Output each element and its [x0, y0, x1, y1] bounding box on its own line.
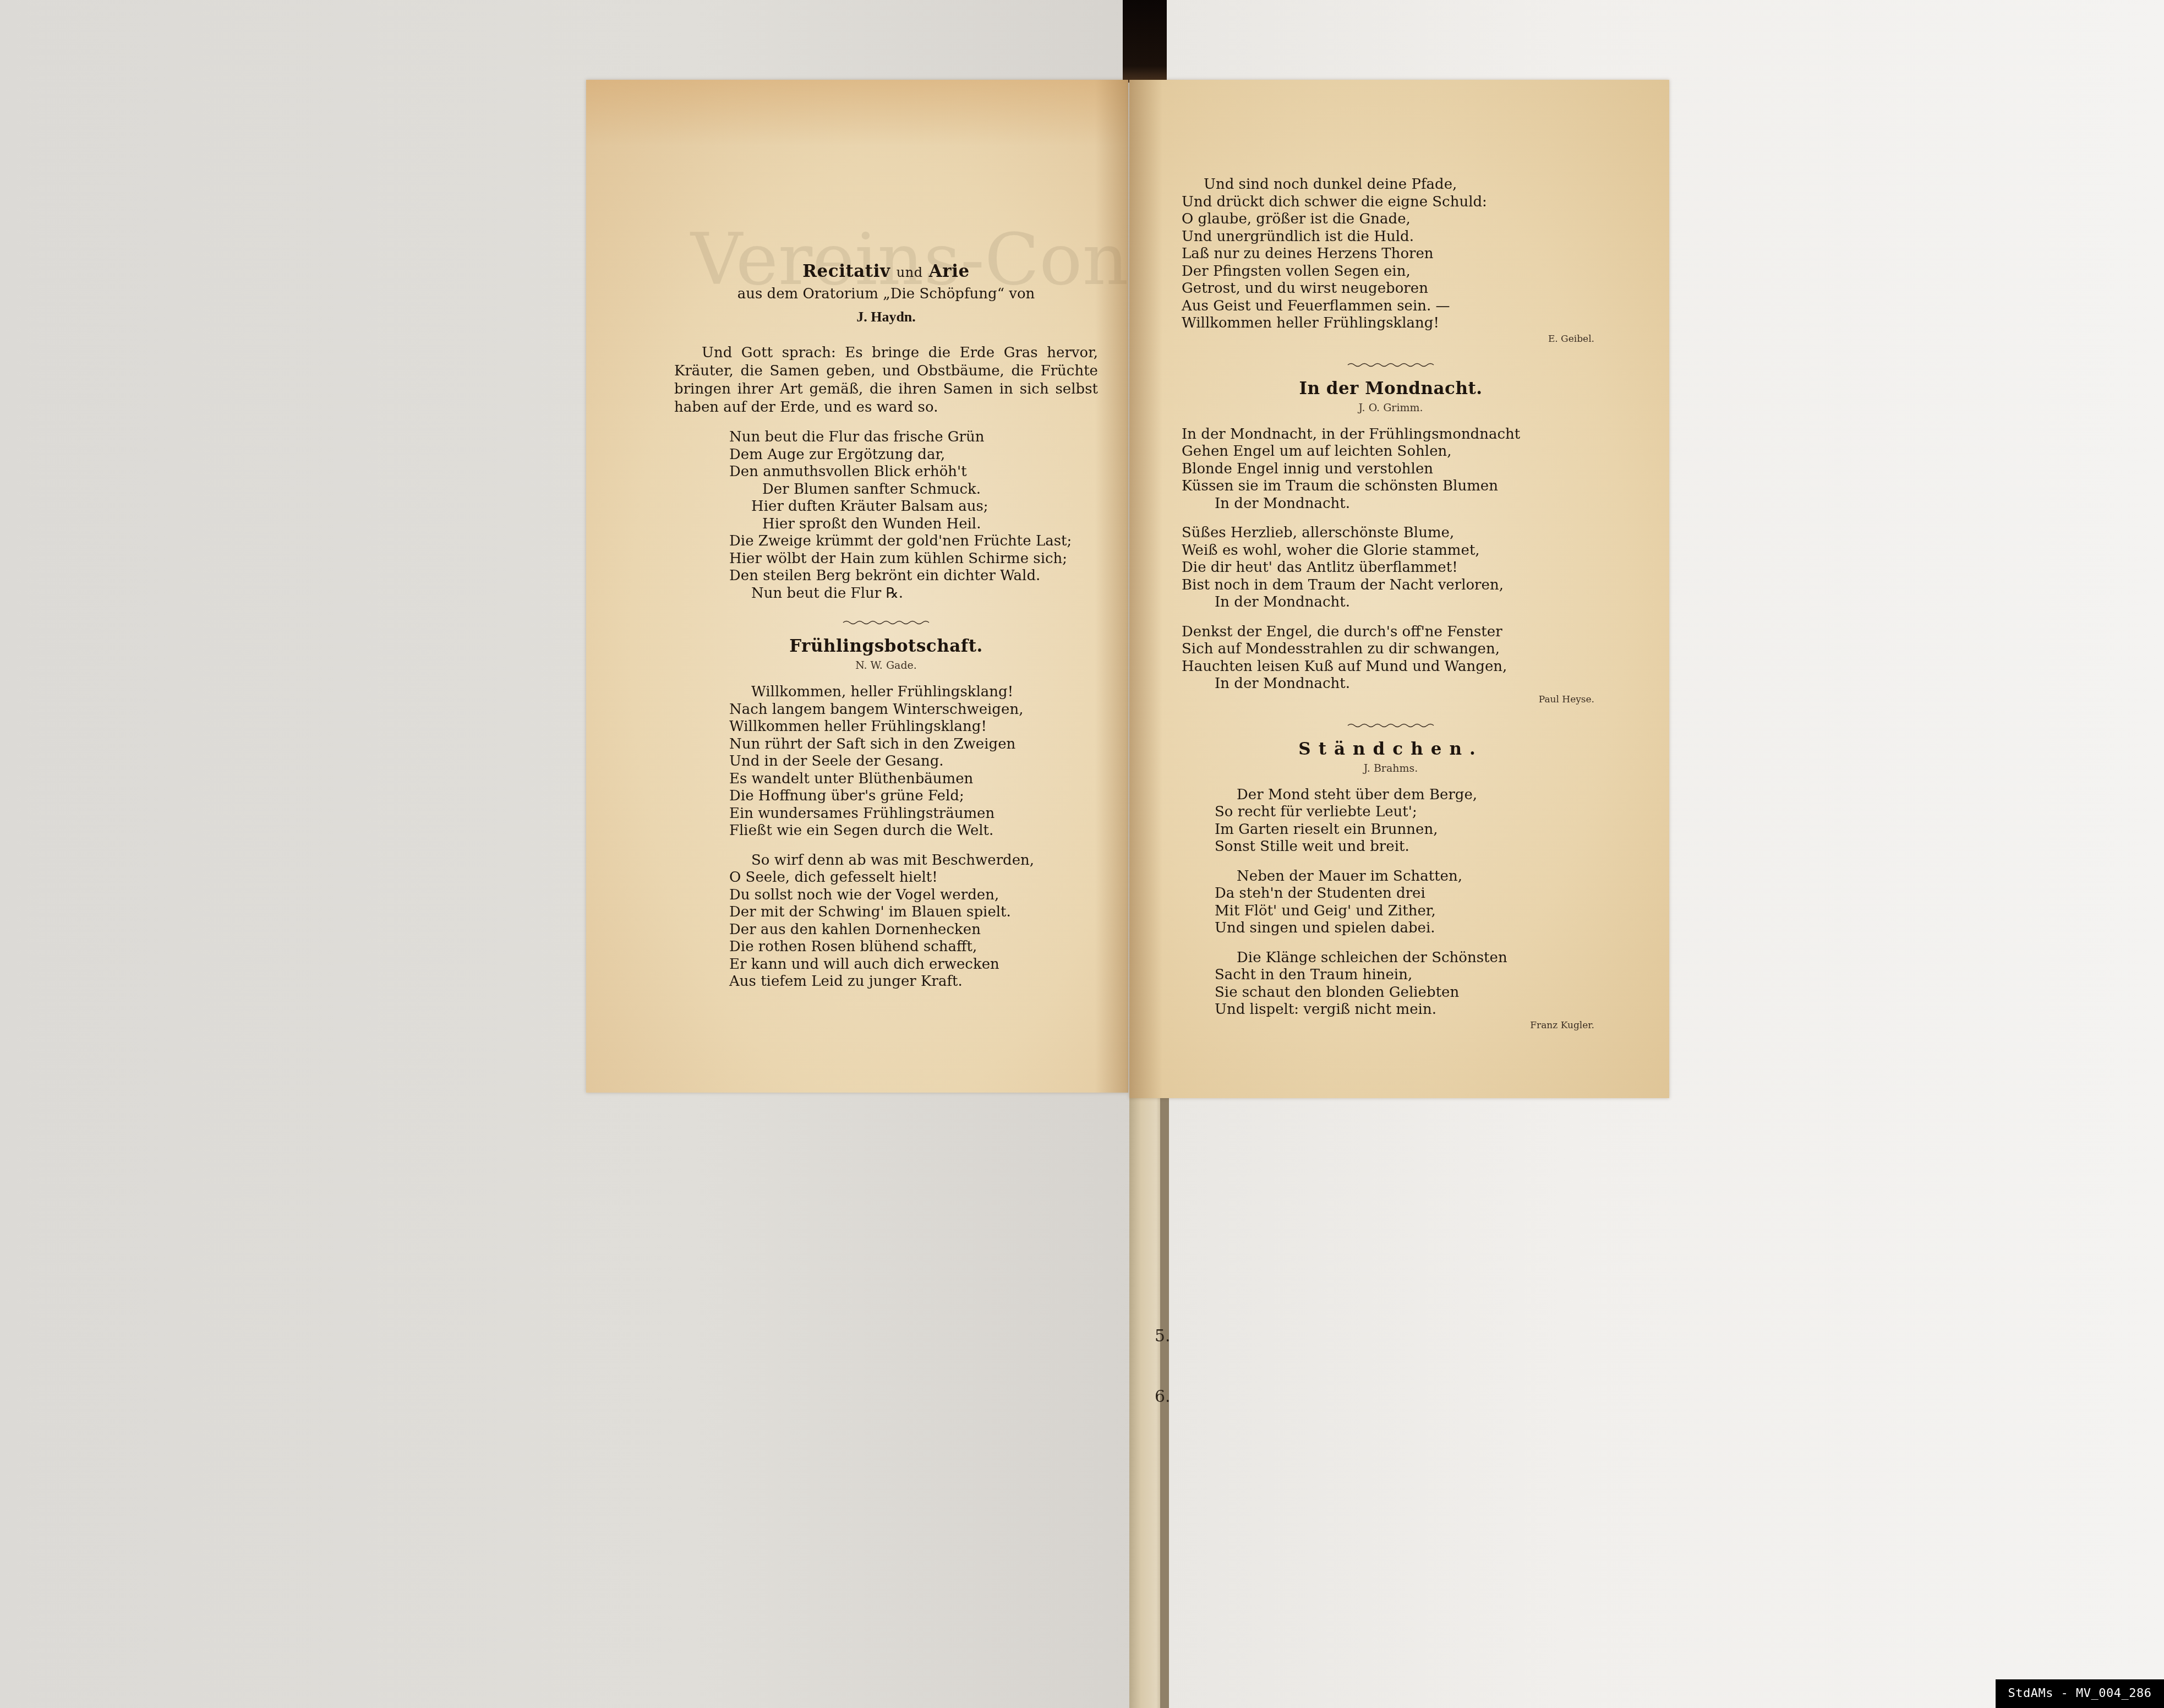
verse-line: Denkst der Engel, die durch's off'ne Fen…: [1182, 624, 1600, 641]
verse-line: Und lispelt: vergiß nicht mein.: [1215, 1001, 1600, 1019]
verse-line: Der mit der Schwing' im Blauen spielt.: [729, 904, 1098, 921]
recitative-text: Und Gott sprach: Es bringe die Erde Gras…: [674, 344, 1098, 417]
verse-stanza-2: Neben der Mauer im Schatten, Da steh'n d…: [1182, 868, 1600, 937]
verse-line: Und unergründlich ist die Huld.: [1182, 228, 1600, 246]
right-page: Und sind noch dunkel deine Pfade, Und dr…: [1129, 80, 1669, 1098]
verse-line: Und singen und spielen dabei.: [1215, 920, 1600, 937]
verse-line: Aus tiefem Leid zu junger Kraft.: [729, 973, 1098, 991]
composer-name: N. W. Gade.: [674, 659, 1098, 672]
composer-name: J. O. Grimm.: [1182, 402, 1600, 414]
poet-credit: Paul Heyse.: [1182, 694, 1594, 705]
verse-line: Hauchten leisen Kuß auf Mund und Wangen,: [1182, 658, 1600, 676]
section-title: Ständchen.: [1182, 739, 1600, 759]
verse-line: Den steilen Berg bekrönt ein dichter Wal…: [729, 567, 1098, 585]
title-word-recitativ: Recitativ: [802, 261, 890, 281]
verse-stanza-2: Süßes Herzlieb, allerschönste Blume, Wei…: [1182, 525, 1600, 612]
section-subtitle: aus dem Oratorium „Die Schöpfung“ von: [674, 286, 1098, 302]
verse-stanza-1: In der Mondnacht, in der Frühlingsmondna…: [1182, 426, 1600, 513]
section-recitativ-und-arie: Recitativ und Arie aus dem Oratorium „Di…: [674, 261, 1098, 602]
poet-credit: E. Geibel.: [1182, 334, 1594, 345]
stub-number-5: 5.: [1155, 1327, 1171, 1346]
wavy-divider-icon: [842, 619, 930, 626]
verse-line: Blonde Engel innig und verstohlen: [1182, 461, 1600, 478]
verse-line: Neben der Mauer im Schatten,: [1215, 868, 1600, 886]
verse-line: Es wandelt unter Blüthenbäumen: [729, 771, 1098, 788]
verse-line: Der aus den kahlen Dornenhecken: [729, 921, 1098, 939]
verse-line: Die Hoffnung über's grüne Feld;: [729, 788, 1098, 805]
verse-line: Getrost, und du wirst neugeboren: [1182, 280, 1600, 298]
archive-identifier-label: StdAMs - MV_004_286: [1996, 1679, 2164, 1708]
verse-line: Hier duften Kräuter Balsam aus;: [729, 498, 1098, 516]
verse-line: Der Mond steht über dem Berge,: [1215, 787, 1600, 804]
verse-line: Sonst Stille weit und breit.: [1215, 838, 1600, 856]
verse-line: Küssen sie im Traum die schönsten Blumen: [1182, 478, 1600, 495]
verse-line: Den anmuthsvollen Blick erhöh't: [729, 463, 1098, 481]
binding-spine-gap: [1123, 0, 1167, 83]
verse-line: In der Mondnacht, in der Frühlingsmondna…: [1182, 426, 1600, 444]
poet-credit: Franz Kugler.: [1182, 1020, 1594, 1031]
verse-line: Ein wundersames Frühlingsträumen: [729, 805, 1098, 823]
verse-line: Der Pfingsten vollen Segen ein,: [1182, 263, 1600, 281]
verse-line: Du sollst noch wie der Vogel werden,: [729, 887, 1098, 904]
verse-line: Dem Auge zur Ergötzung dar,: [729, 446, 1098, 464]
title-word-arie: Arie: [929, 261, 970, 281]
verse-line: Nach langem bangem Winterschweigen,: [729, 701, 1098, 719]
verse-line: Die rothen Rosen blühend schafft,: [729, 938, 1098, 956]
verse-stanza-2: So wirf denn ab was mit Beschwerden, O S…: [674, 852, 1098, 991]
title-word-und: und: [897, 265, 923, 280]
verse-line: Er kann und will auch dich erwecken: [729, 956, 1098, 974]
verse-line: So recht für verliebte Leut';: [1215, 804, 1600, 821]
verse-line: Bist noch in dem Traum der Nacht verlore…: [1182, 577, 1600, 594]
verse-line: Hier wölbt der Hain zum kühlen Schirme s…: [729, 550, 1098, 568]
verse-stanza-3: Die Klänge schleichen der Schönsten Sach…: [1182, 950, 1600, 1019]
verse-line: Und in der Seele der Gesang.: [729, 753, 1098, 771]
verse-line: Hier sproßt den Wunden Heil.: [729, 516, 1098, 533]
stub-number-6: 6.: [1155, 1387, 1171, 1406]
verse-line: Gehen Engel um auf leichten Sohlen,: [1182, 443, 1600, 461]
verse-line: In der Mondnacht.: [1182, 675, 1600, 693]
verse-line: Nun rührt der Saft sich in den Zweigen: [729, 736, 1098, 754]
verse-line: O glaube, größer ist die Gnade,: [1182, 211, 1600, 228]
verse-line: Nun beut die Flur ℞.: [729, 585, 1098, 603]
verse-line: Sacht in den Traum hinein,: [1215, 967, 1600, 984]
verse-line: Sich auf Mondesstrahlen zu dir schwangen…: [1182, 641, 1600, 658]
verse-line: Fließt wie ein Segen durch die Welt.: [729, 822, 1098, 840]
verse-line: O Seele, dich gefesselt hielt!: [729, 869, 1098, 887]
verse-line: Und drückt dich schwer die eigne Schuld:: [1182, 194, 1600, 211]
verse-line: So wirf denn ab was mit Beschwerden,: [729, 852, 1098, 870]
section-in-der-mondnacht: In der Mondnacht. J. O. Grimm. In der Mo…: [1182, 379, 1600, 705]
verse-line: Weiß es wohl, woher die Glorie stammet,: [1182, 542, 1600, 560]
verse-line: In der Mondnacht.: [1182, 495, 1600, 513]
verse-line: Im Garten rieselt ein Brunnen,: [1215, 821, 1600, 839]
verse-line: Willkommen heller Frühlingsklang!: [1182, 315, 1600, 332]
wavy-divider-icon: [1347, 722, 1435, 729]
section-title: In der Mondnacht.: [1182, 379, 1600, 399]
verse-line: Aus Geist und Feuerflammen sein. —: [1182, 298, 1600, 315]
section-title: Recitativ und Arie: [674, 261, 1098, 281]
aria-stanza: Nun beut die Flur das frische Grün Dem A…: [674, 429, 1098, 602]
verse-stanza-3: Und sind noch dunkel deine Pfade, Und dr…: [1182, 176, 1600, 332]
section-title: Frühlingsbotschaft.: [674, 636, 1098, 656]
verse-stanza-1: Der Mond steht über dem Berge, So recht …: [1182, 787, 1600, 856]
wavy-divider-icon: [1347, 361, 1435, 369]
verse-line: Der Blumen sanfter Schmuck.: [729, 481, 1098, 499]
verse-line: Da steh'n der Studenten drei: [1215, 885, 1600, 903]
left-page-content: Recitativ und Arie aus dem Oratorium „Di…: [674, 261, 1098, 991]
verse-line: Laß nur zu deines Herzens Thoren: [1182, 245, 1600, 263]
verse-line: Sie schaut den blonden Geliebten: [1215, 984, 1600, 1002]
section-staendchen: Ständchen. J. Brahms. Der Mond steht übe…: [1182, 739, 1600, 1031]
section-fruehlingsbotschaft: Frühlingsbotschaft. N. W. Gade. Willkomm…: [674, 636, 1098, 991]
verse-stanza-3: Denkst der Engel, die durch's off'ne Fen…: [1182, 624, 1600, 693]
right-page-content: Und sind noch dunkel deine Pfade, Und dr…: [1182, 176, 1600, 1031]
verse-stanza-1: Willkommen, heller Frühlingsklang! Nach …: [674, 684, 1098, 840]
verse-line: Mit Flöt' und Geig' und Zither,: [1215, 903, 1600, 920]
composer-name: J. Haydn.: [674, 309, 1098, 325]
left-page: Vereins-Concert VI Recitativ und Arie au…: [586, 80, 1128, 1093]
verse-line: Und sind noch dunkel deine Pfade,: [1182, 176, 1600, 194]
verse-line: Die Klänge schleichen der Schönsten: [1215, 950, 1600, 967]
verse-line: Süßes Herzlieb, allerschönste Blume,: [1182, 525, 1600, 542]
verse-line: In der Mondnacht.: [1182, 594, 1600, 612]
composer-name: J. Brahms.: [1182, 762, 1600, 774]
verse-line: Die dir heut' das Antlitz überflammet!: [1182, 559, 1600, 577]
section-fruehlingsbotschaft-continued: Und sind noch dunkel deine Pfade, Und dr…: [1182, 176, 1600, 345]
verse-line: Willkommen heller Frühlingsklang!: [729, 718, 1098, 736]
verse-line: Nun beut die Flur das frische Grün: [729, 429, 1098, 446]
verse-line: Die Zweige krümmt der gold'nen Früchte L…: [729, 533, 1098, 550]
verse-line: Willkommen, heller Frühlingsklang!: [729, 684, 1098, 701]
